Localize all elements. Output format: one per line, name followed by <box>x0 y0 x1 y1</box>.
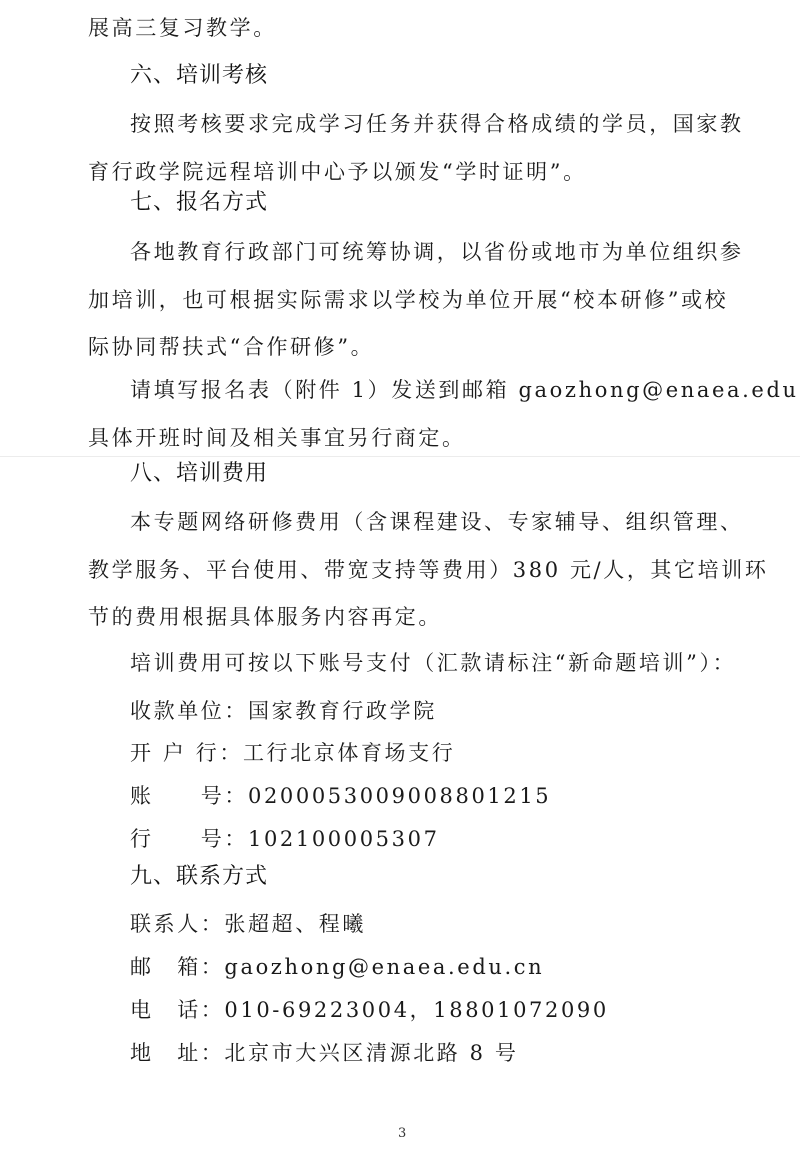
contact-label: 邮 箱： <box>130 955 224 979</box>
contact-label: 电 话： <box>130 998 224 1022</box>
payment-value: 0200053009008801215 <box>248 784 551 808</box>
payment-label: 开 户 行： <box>130 741 243 765</box>
paragraph-line: 本专题网络研修费用（含课程建设、专家辅导、组织管理、 <box>130 508 744 536</box>
contact-label: 联系人： <box>130 912 224 936</box>
paragraph-line: 节的费用根据具体服务内容再定。 <box>88 603 442 631</box>
section-heading-contact: 九、联系方式 <box>130 863 268 891</box>
paragraph-line: 请填写报名表（附件 1）发送到邮箱 gaozhong@enaea.edu.cn， <box>130 376 800 404</box>
payment-row-payee: 收款单位：国家教育行政学院 <box>130 697 437 725</box>
paragraph-line: 具体开班时间及相关事宜另行商定。 <box>88 424 466 452</box>
contact-row-person: 联系人：张超超、程曦 <box>130 910 366 938</box>
contact-row-phone: 电 话：010-69223004，18801072090 <box>130 996 609 1024</box>
contact-value: gaozhong@enaea.edu.cn <box>224 955 544 979</box>
contact-value: 北京市大兴区清源北路 8 号 <box>224 1041 518 1065</box>
payment-row-bank-code: 行 号：102100005307 <box>130 825 440 853</box>
paragraph-line: 展高三复习教学。 <box>88 14 277 42</box>
contact-row-email: 邮 箱：gaozhong@enaea.edu.cn <box>130 953 544 981</box>
contact-label: 地 址： <box>130 1041 224 1065</box>
section-heading: 七、报名方式 <box>130 189 268 217</box>
paragraph-line: 各地教育行政部门可统筹协调，以省份或地市为单位组织参 <box>130 238 744 266</box>
payment-row-account: 账 号：0200053009008801215 <box>130 782 551 810</box>
contact-value: 010-69223004，18801072090 <box>224 998 608 1022</box>
payment-label: 行 号： <box>130 827 248 851</box>
paragraph-line: 培训费用可按以下账号支付（汇款请标注“新命题培训”）： <box>130 649 736 677</box>
paragraph-line: 按照考核要求完成学习任务并获得合格成绩的学员，国家教 <box>130 110 744 138</box>
paragraph-line: 际协同帮扶式“合作研修”。 <box>88 333 374 361</box>
paragraph-line: 育行政学院远程培训中心予以颁发“学时证明”。 <box>88 158 587 186</box>
contact-value: 张超超、程曦 <box>224 912 366 936</box>
section-heading: 八、培训费用 <box>130 460 268 488</box>
payment-value: 102100005307 <box>248 827 440 851</box>
paragraph-line: 教学服务、平台使用、带宽支持等费用）380 元/人，其它培训环 <box>88 556 768 584</box>
payment-row-bank: 开 户 行：工行北京体育场支行 <box>130 739 455 767</box>
payment-label: 收款单位： <box>130 699 248 723</box>
payment-value: 国家教育行政学院 <box>248 699 437 723</box>
page-number: 3 <box>398 1126 406 1141</box>
paragraph-line: 加培训，也可根据实际需求以学校为单位开展“校本研修”或校 <box>88 286 728 314</box>
scan-divider <box>0 456 800 457</box>
contact-row-address: 地 址：北京市大兴区清源北路 8 号 <box>130 1039 519 1067</box>
section-heading: 六、培训考核 <box>130 62 268 90</box>
payment-label: 账 号： <box>130 784 248 808</box>
payment-value: 工行北京体育场支行 <box>243 741 455 765</box>
